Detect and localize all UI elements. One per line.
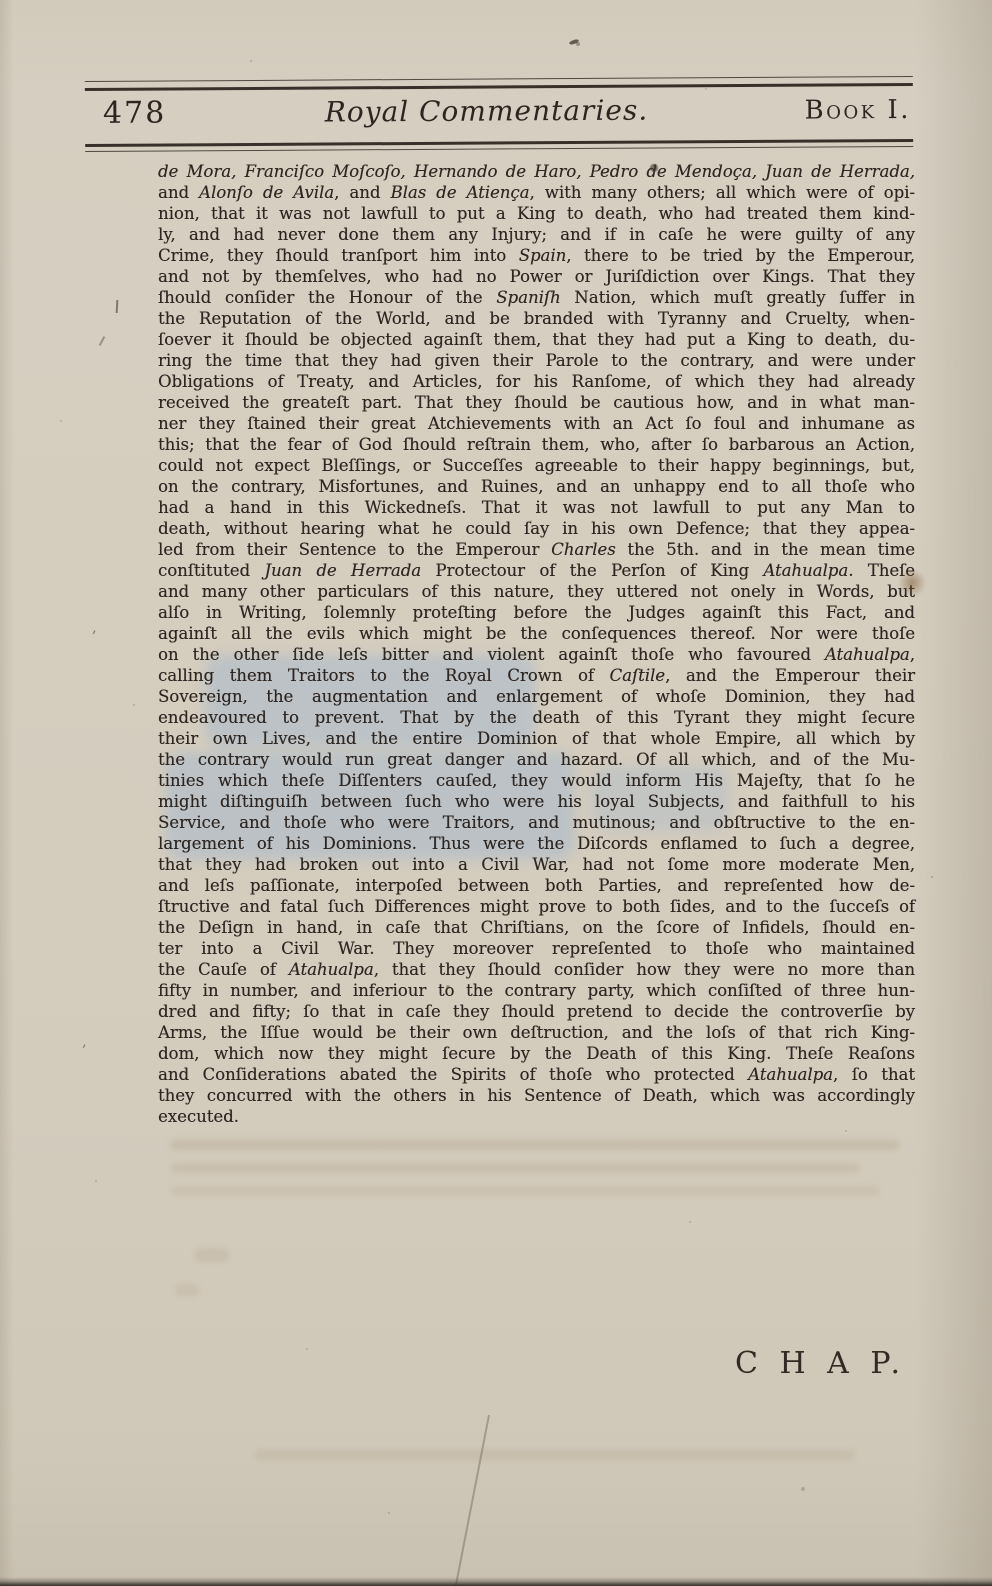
brown-stain [899,568,925,598]
text-line: largement of his Dominions. Thus were th… [158,833,915,854]
text-line: and leſs paſſionate, interpoſed between … [158,875,915,896]
page-bottom-edge [0,1577,992,1586]
text-line: Crime, they ſhould tranſport him into Sp… [158,245,915,266]
showthrough-mark [195,1248,229,1262]
showthrough-line [170,1163,860,1173]
text-line: executed. [158,1106,915,1127]
text-line: their own Lives, and the entire Dominion… [158,728,915,749]
body-text: de Mora, Franciſco Moſcoſo, Hernando de … [158,161,915,1127]
text-line: alſo in Writing, ſolemnly proteſting bef… [158,602,915,623]
text-line: ring the time that they had given their … [158,350,915,371]
ink-blot [650,164,658,172]
text-line: dred and fifty; ſo that in caſe they ſho… [158,1001,915,1022]
text-line: de Mora, Franciſco Moſcoſo, Hernando de … [158,161,915,182]
header-row: 478 Royal Commentaries. Book I. [85,91,913,138]
text-line: fifty in number, and inferiour to the co… [158,980,915,1001]
text-line: the contrary would run great danger and … [158,749,915,770]
text-line: ſoever it ſhould be objected againſt the… [158,329,915,350]
text-line: Obligations of Treaty, and Articles, for… [158,371,915,392]
text-line: ter into a Civil War. They moreover repr… [158,938,915,959]
text-line: ner they ſtained their great Atchievemen… [158,413,915,434]
margin-mark: , [82,1032,87,1050]
showthrough-line [170,1186,880,1196]
margin-mark: , [92,618,97,636]
running-title: Royal Commentaries. [235,93,738,129]
text-line: endeavoured to prevent. That by the deat… [158,707,915,728]
header-rule-bottom-thin [85,145,913,151]
text-line: and Alonſo de Avila, and Blas de Atiença… [158,182,915,203]
showthrough-line [170,1140,900,1150]
text-line: the Reputation of the World, and be bran… [158,308,915,329]
text-line: might diſtinguiſh between ſuch who were … [158,791,915,812]
text-line: calling them Traitors to the Royal Crown… [158,665,915,686]
text-line: on the contrary, Misfortunes, and Ruines… [158,476,915,497]
text-line: on the other ſide leſs bitter and violen… [158,644,915,665]
text-line: dom, which now they might ſecure by the … [158,1043,915,1064]
text-line: and not by themſelves, who had no Power … [158,266,915,287]
showthrough-mark [175,1284,199,1296]
header-rule-top-thick [85,83,913,91]
book-label: Book I. [738,95,913,126]
text-line: had a hand in this Wickedneſs. That it w… [158,497,915,518]
text-line: againſt all the evils which might be the… [158,623,915,644]
margin-mark [116,300,119,313]
text-line: and Conſiderations abated the Spirits of… [158,1064,915,1085]
text-line: death, without hearing what he could ſay… [158,518,915,539]
header-rule-top-thin [85,76,913,82]
text-line: that they had broken out into a Civil Wa… [158,854,915,875]
text-line: the Cauſe of Atahualpa, that they ſhould… [158,959,915,980]
text-line: this; that the fear of God ſhould reſtra… [158,434,915,455]
text-line: led from their Sentence to the Emperour … [158,539,915,560]
ink-speck [569,39,580,46]
page-number: 478 [85,95,235,131]
showthrough-line [255,1450,855,1460]
text-line: tinies which theſe Diſſenters cauſed, th… [158,770,915,791]
catchword: C H A P. [718,1346,923,1381]
text-line: ſtructive and fatal ſuch Differences mig… [158,896,915,917]
text-line: conſtituted Juan de Herrada Protectour o… [158,560,915,581]
text-line: could not expect Bleſſings, or Succeſſes… [158,455,915,476]
text-line: and many other particulars of this natur… [158,581,915,602]
page-header: 478 Royal Commentaries. Book I. [85,71,913,156]
scanned-page: 478 Royal Commentaries. Book I. de Mora,… [0,0,992,1586]
text-line: received the greateſt part. That they ſh… [158,392,915,413]
margin-mark [99,336,105,346]
text-line: the Deſign in hand, in caſe that Chriſti… [158,917,915,938]
paper-speckles [0,0,2,2]
text-line: ly, and had never done them any Injury; … [158,224,915,245]
text-line: they concurred with the others in his Se… [158,1085,915,1106]
text-line: Sovereign, the augmentation and enlargem… [158,686,915,707]
text-line: ſhould conſider the Honour of the Spaniſ… [158,287,915,308]
text-line: nion, that it was not lawfull to put a K… [158,203,915,224]
text-line: Arms, the Iſſue would be their own deſtr… [158,1022,915,1043]
paper-crease [454,1415,490,1586]
text-line: Service, and thoſe who were Traitors, an… [158,812,915,833]
